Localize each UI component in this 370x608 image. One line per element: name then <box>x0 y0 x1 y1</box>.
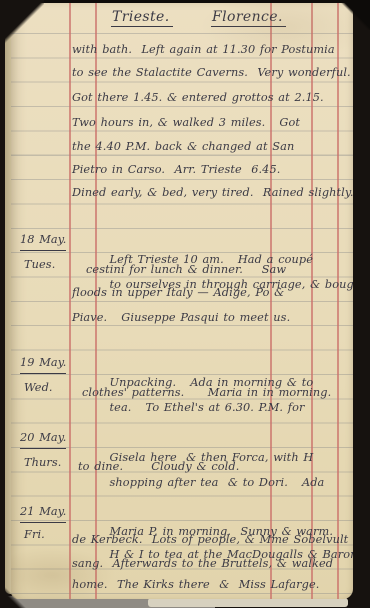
diary-line: Tues. to ourselves in through carriage, … <box>72 235 353 259</box>
diary-line: Wed. tea. To Ethel's at 6.30. P.M. for <box>72 358 305 382</box>
line-text: to see the Stalactite Caverns. Very wond… <box>72 66 351 79</box>
diary-line: Piave. Giuseppe Pasqui to meet us. <box>72 308 290 332</box>
diary-line: 19 May. Unpacking. Ada in morning & to <box>72 333 313 357</box>
underlying-page-edge <box>148 598 348 607</box>
line-text: sang. Afterwards to the Bruttels, & walk… <box>72 557 333 570</box>
line-text: with bath. Left again at 11.30 for Postu… <box>72 43 335 56</box>
line-text: to dine. Cloudy & cold. <box>78 460 239 473</box>
diary-line: Got there 1.45. & entered grottos at 2.1… <box>72 88 324 112</box>
line-text: Dined early, & bed, very tired. Rained s… <box>72 186 353 199</box>
diary-line: 21 May. Maria P. in morning. Sunny & war… <box>72 482 333 506</box>
diary-line: Dined early, & bed, very tired. Rained s… <box>72 183 353 207</box>
photo-corner-top-right <box>338 0 370 30</box>
diary-line: Pietro in Carso. Arr. Trieste 6.45. <box>72 160 280 184</box>
margin-weekday: Tues. <box>24 255 55 275</box>
photo-top-edge <box>0 0 370 3</box>
line-text: floods in upper Italy — Adige, Po & <box>72 286 284 299</box>
margin-date: 19 May. <box>20 353 66 374</box>
handwritten-text: with bath. Left again at 11.30 for Postu… <box>72 3 353 599</box>
margin-date: 21 May. <box>20 502 66 523</box>
line-text: the 4.40 P.M. back & changed at San <box>72 140 294 153</box>
diary-line: 18 May. Left Trieste 10 am. Had a coupé <box>72 210 313 234</box>
diary-line: to see the Stalactite Caverns. Very wond… <box>72 63 351 87</box>
diary-line: 20 May. Gisela here & then Forca, with H <box>72 408 313 432</box>
diary-line: Fri. H & I to tea at the MacDougalls & B… <box>72 505 353 529</box>
line-text: cestini for lunch & dinner. Saw <box>86 263 286 276</box>
diary-line: clothes' patterns. Maria in in morning. <box>72 383 331 407</box>
diary-line: home. The Kirks there & Miss Lafarge. <box>72 575 319 599</box>
diary-page: Trieste. Florence. with bath. Left again… <box>11 3 353 599</box>
line-text: Piave. Giuseppe Pasqui to meet us. <box>72 311 290 324</box>
line-text: home. The Kirks there & Miss Lafarge. <box>72 578 319 591</box>
margin-date: 18 May. <box>20 230 66 251</box>
margin-weekday: Wed. <box>24 378 53 398</box>
diary-page-photo: Trieste. Florence. with bath. Left again… <box>0 0 370 608</box>
diary-line: cestini for lunch & dinner. Saw <box>72 260 286 284</box>
diary-line: floods in upper Italy — Adige, Po & <box>72 283 284 307</box>
diary-line: to dine. Cloudy & cold. <box>72 457 239 481</box>
diary-line: de Kerbeck. Lots of people, & Mme Sobelv… <box>72 530 348 554</box>
diary-line: Thurs. shopping after tea & to Dori. Ada <box>72 433 324 457</box>
line-text: Pietro in Carso. Arr. Trieste 6.45. <box>72 163 280 176</box>
red-margin-line <box>69 3 71 599</box>
photo-corner-top-left <box>0 0 44 48</box>
margin-weekday: Fri. <box>24 525 45 545</box>
line-text: clothes' patterns. Maria in in morning. <box>82 386 331 399</box>
photo-corner-bottom-left <box>0 586 26 608</box>
diary-line: with bath. Left again at 11.30 for Postu… <box>72 40 335 64</box>
line-text: de Kerbeck. Lots of people, & Mme Sobelv… <box>72 533 348 546</box>
line-text: Two hours in, & walked 3 miles. Got <box>72 116 300 129</box>
margin-weekday: Thurs. <box>24 453 61 473</box>
diary-line: Two hours in, & walked 3 miles. Got <box>72 113 300 137</box>
diary-line: the 4.40 P.M. back & changed at San <box>72 137 294 161</box>
margin-date: 20 May. <box>20 428 66 449</box>
line-text: Got there 1.45. & entered grottos at 2.1… <box>72 91 324 104</box>
